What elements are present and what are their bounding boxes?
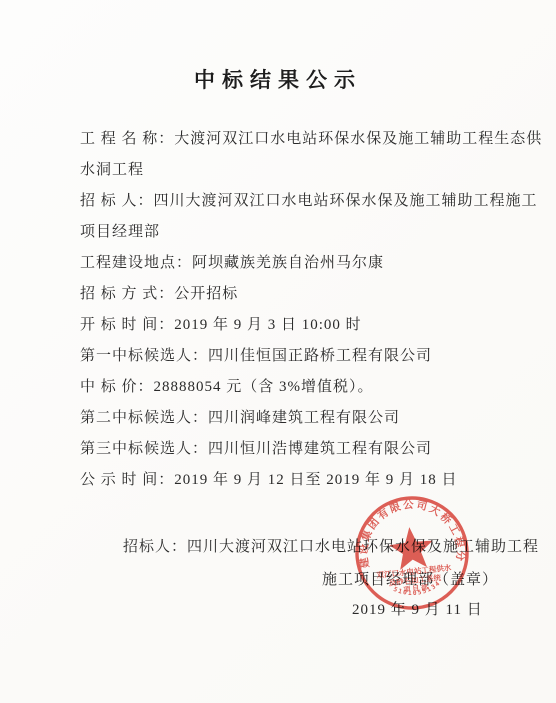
seal-arc-text: 建设集团有限公司大桥工程分公司 [351, 493, 469, 575]
line-tenderer-cont: 项目经理部 [80, 217, 522, 248]
line-project-name-cont: 水洞工程 [80, 155, 522, 186]
document-page: 中标结果公示 工 程 名 称：大渡河双江口水电站环保水保及施工辅助工程生态供 水… [0, 0, 556, 703]
line-project-name: 工 程 名 称：大渡河双江口水电站环保水保及施工辅助工程生态供 [80, 124, 522, 155]
line-second-candidate: 第二中标候选人：四川润峰建筑工程有限公司 [80, 403, 522, 434]
line-bid-method: 招 标 方 式：公开招标 [80, 279, 522, 310]
line-bid-opening-time: 开 标 时 间：2019 年 9 月 3 日 10:00 时 [80, 310, 522, 341]
seal-arc-text-holder: 建设集团有限公司大桥工程分公司 [351, 493, 469, 575]
page-title: 中标结果公示 [0, 64, 556, 94]
line-location: 工程建设地点：阿坝藏族羌族自治州马尔康 [80, 248, 522, 279]
signature-tenderer-line: 招标人：四川大渡河双江口水电站环保水保及施工辅助工程 [123, 536, 539, 558]
line-first-candidate: 第一中标候选人：四川佳恒国正路桥工程有限公司 [80, 341, 522, 372]
signature-date-line: 2019 年 9 月 11 日 [352, 599, 483, 621]
line-tenderer: 招 标 人：四川大渡河双江口水电站环保水保及施工辅助工程施工 [80, 186, 522, 217]
line-winning-price: 中 标 价：28888054 元（含 3%增值税）。 [80, 372, 522, 403]
line-publicity-period: 公 示 时 间：2019 年 9 月 12 日至 2019 年 9 月 18 日 [80, 465, 522, 496]
signature-dept-line: 施工项目经理部（盖章） [322, 569, 498, 591]
announcement-body: 工 程 名 称：大渡河双江口水电站环保水保及施工辅助工程生态供 水洞工程 招 标… [80, 124, 522, 496]
line-third-candidate: 第三中标候选人：四川恒川浩博建筑工程有限公司 [80, 434, 522, 465]
